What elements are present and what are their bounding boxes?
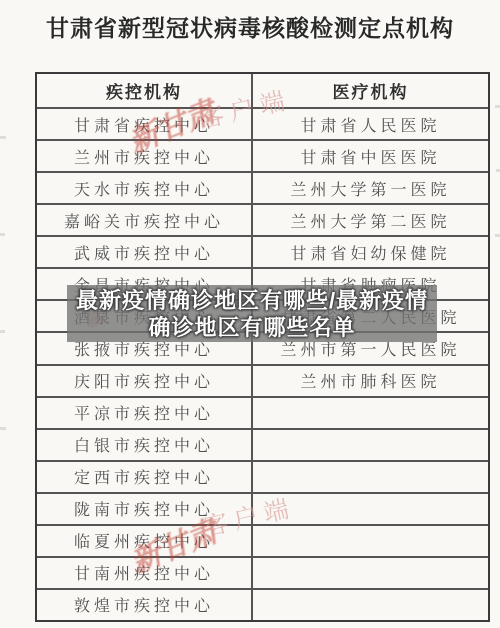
scan-artifact [495, 105, 500, 108]
scan-artifact [496, 169, 500, 172]
cdc-cell: 甘肃省疾控中心 [37, 109, 253, 139]
cdc-cell: 临夏州疾控中心 [37, 526, 253, 556]
cdc-cell: 陇南市疾控中心 [37, 494, 253, 524]
cdc-cell: 武威市疾控中心 [37, 237, 253, 267]
table-header-row: 疾控机构 医疗机构 [37, 74, 488, 107]
table-row: 甘南州疾控中心 [37, 556, 488, 588]
scan-artifact [0, 136, 6, 139]
page-title: 甘肃省新型冠状病毒核酸检测定点机构 [0, 10, 500, 43]
table-row: 武威市疾控中心 甘肃省妇幼保健院 [37, 235, 488, 267]
column-header-cdc: 疾控机构 [37, 74, 253, 107]
cdc-cell: 庆阳市疾控中心 [37, 366, 253, 396]
cdc-cell: 白银市疾控中心 [37, 430, 253, 460]
scan-artifact [0, 233, 5, 236]
scan-artifact [0, 427, 6, 430]
medical-cell [253, 430, 488, 460]
cdc-cell: 甘南州疾控中心 [37, 558, 253, 588]
medical-cell [253, 558, 488, 588]
table-row: 甘肃省疾控中心 甘肃省人民医院 [37, 107, 488, 139]
medical-cell: 兰州大学第二医院 [253, 205, 488, 235]
medical-cell [253, 590, 488, 620]
table-row: 平凉市疾控中心 [37, 396, 488, 428]
table-row: 定西市疾控中心 [37, 460, 488, 492]
table-row: 庆阳市疾控中心 兰州市肺科医院 [37, 364, 488, 396]
column-header-medical: 医疗机构 [253, 74, 488, 107]
medical-cell [253, 494, 488, 524]
table-row: 白银市疾控中心 [37, 428, 488, 460]
medical-cell: 兰州大学第一医院 [253, 173, 488, 203]
cdc-cell: 平凉市疾控中心 [37, 398, 253, 428]
scan-artifact [0, 330, 5, 333]
scan-artifact [495, 234, 500, 237]
medical-cell [253, 526, 488, 556]
testing-institutions-table: 疾控机构 医疗机构 甘肃省疾控中心 甘肃省人民医院 兰州市疾控中心 甘肃省中医医… [35, 72, 490, 622]
medical-cell: 兰州市肺科医院 [253, 366, 488, 396]
cdc-cell: 兰州市疾控中心 [37, 141, 253, 171]
cdc-cell: 嘉峪关市疾控中心 [37, 205, 253, 235]
caption-overlay: 最新疫情确诊地区有哪些/最新疫情 确诊地区有哪些名单 [67, 285, 437, 342]
cdc-cell: 天水市疾控中心 [37, 173, 253, 203]
medical-cell: 甘肃省中医医院 [253, 141, 488, 171]
table-row: 临夏州疾控中心 [37, 524, 488, 556]
caption-line-1: 最新疫情确诊地区有哪些/最新疫情 [76, 287, 428, 314]
medical-cell: 甘肃省人民医院 [253, 109, 488, 139]
caption-line-2: 确诊地区有哪些名单 [148, 314, 355, 341]
table-row: 陇南市疾控中心 [37, 492, 488, 524]
medical-cell [253, 462, 488, 492]
table-row: 兰州市疾控中心 甘肃省中医医院 [37, 139, 488, 171]
medical-cell: 甘肃省妇幼保健院 [253, 237, 488, 267]
medical-cell [253, 398, 488, 428]
table-row: 天水市疾控中心 兰州大学第一医院 [37, 171, 488, 203]
cdc-cell: 敦煌市疾控中心 [37, 590, 253, 620]
table-row: 嘉峪关市疾控中心 兰州大学第二医院 [37, 203, 488, 235]
screenshot-root: 甘肃省新型冠状病毒核酸检测定点机构 新甘肃 客户端 疾控机构 医疗机构 甘肃省疾… [0, 0, 500, 628]
table-row: 敦煌市疾控中心 [37, 588, 488, 620]
cdc-cell: 定西市疾控中心 [37, 462, 253, 492]
